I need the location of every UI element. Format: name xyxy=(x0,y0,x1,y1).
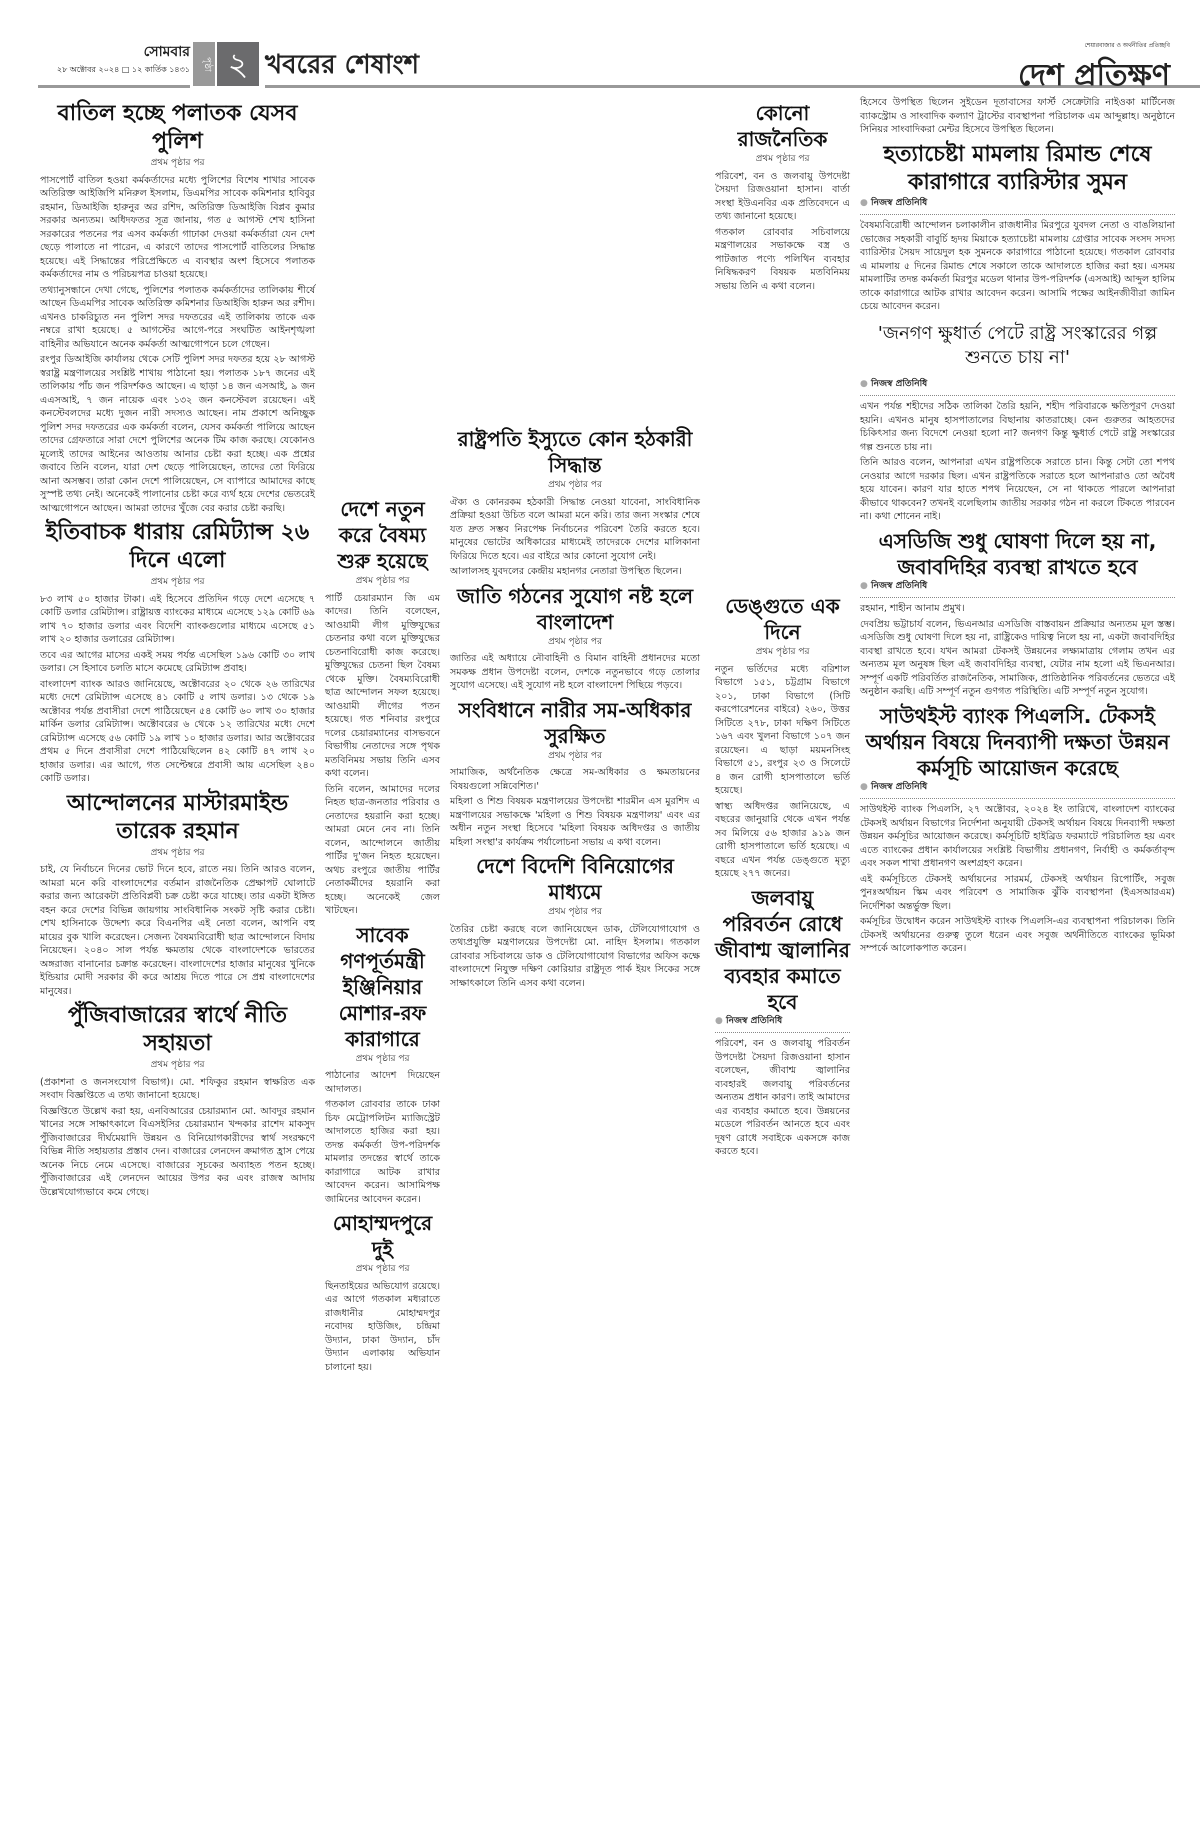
headline: বাতিল হচ্ছে পলাতক যেসব পুলিশ xyxy=(40,100,315,156)
headline: রাষ্ট্রপতি ইস্যুতে কোন হঠকারী সিদ্ধান্ত xyxy=(450,426,700,478)
paragraph: নতুন ভর্তিদের মধ্যে বরিশাল বিভাগে ১৫১, চ… xyxy=(715,663,850,798)
paragraph: স্বাস্থ্য অধিদপ্তর জানিয়েছে, এ বছরের জা… xyxy=(715,800,850,881)
paragraph: জাতির এই অধ্যায়ে নৌবাহিনী ও বিমান বাহিন… xyxy=(450,652,700,693)
article-mohammadpur: মোহাম্মদপুরে দুই প্রথম পৃষ্ঠার পর ছিনতাই… xyxy=(325,1210,440,1374)
paragraph: পাঠানোর আদেশ দিয়েছেন আদালত। xyxy=(325,1069,440,1096)
logo-text: দেশ প্রতিক্ষণ xyxy=(1018,51,1170,102)
paragraph: (প্রকাশনা ও জনসংযোগ বিভাগ)। মো. শফিকুর র… xyxy=(40,1076,315,1103)
headline: এসডিজি শুধু ঘোষণা দিলে হয় না, জবাবদিহির… xyxy=(860,528,1175,580)
continued-label: প্রথম পৃষ্ঠার পর xyxy=(325,1263,440,1277)
paragraph: এই কর্মসূচিতে টেকসই অর্থায়নের সারমর্ম, … xyxy=(860,873,1175,914)
paragraph: ছিনতাইয়ের অভিযোগ রয়েছে। এর আগে গতকাল ম… xyxy=(325,1280,440,1375)
continued-label: প্রথম পৃষ্ঠার পর xyxy=(40,576,315,590)
article-women: সংবিধানে নারীর সম-অধিকার সুরক্ষিত প্রথম … xyxy=(450,697,700,850)
headline: দেশে নতুন করে বৈষম্য শুরু হয়েছে xyxy=(325,496,440,574)
continued-label: প্রথম পৃষ্ঠার পর xyxy=(450,479,700,493)
headline: আন্দোলনের মাস্টারমাইন্ড তারেক রহমান xyxy=(40,790,315,846)
headline: সংবিধানে নারীর সম-অধিকার সুরক্ষিত xyxy=(450,697,700,749)
headline: হত্যাচেষ্টা মামলায় রিমান্ড শেষে কারাগার… xyxy=(860,141,1175,197)
byline: নিজস্ব প্রতিনিধি xyxy=(860,781,1175,800)
newspaper-logo: শেয়ারবাজার ও অর্থনীতির প্রতিচ্ছবি দেশ প… xyxy=(1018,40,1170,102)
headline: কোনো রাজনৈতিক xyxy=(715,100,850,152)
headline: জলবায়ু পরিবর্তন রোধে জীবাশ্ম জ্বালানির … xyxy=(715,885,850,1015)
page-number: ২ xyxy=(217,42,259,86)
headline: সাবেক গণপূর্তমন্ত্রী ইঞ্জিনিয়ার মোশার-র… xyxy=(325,922,440,1052)
column-5: হিসেবে উপস্থিত ছিলেন সুইডেন দূতাবাসের ফা… xyxy=(860,96,1175,958)
logo-tagline: শেয়ারবাজার ও অর্থনীতির প্রতিচ্ছবি xyxy=(1018,40,1170,51)
date-block: সোমবার ২৮ অক্টোবর ২০২৪ □ ১২ কার্তিক ১৪৩১ xyxy=(40,40,190,77)
article-capital-market: পুঁজিবাজারের স্বার্থে নীতি সহায়তা প্রথম… xyxy=(40,1002,315,1199)
continued-label: প্রথম পৃষ্ঠার পর xyxy=(715,646,850,660)
paragraph: বৈষম্যবিরোধী আন্দোলন চলাকালীন রাজধানীর ম… xyxy=(860,219,1175,314)
article-political: কোনো রাজনৈতিক প্রথম পৃষ্ঠার পর পরিবেশ, ব… xyxy=(715,100,850,293)
continued-label: প্রথম পৃষ্ঠার পর xyxy=(450,750,700,764)
column-3: রাষ্ট্রপতি ইস্যুতে কোন হঠকারী সিদ্ধান্ত … xyxy=(450,96,700,992)
headline: পুঁজিবাজারের স্বার্থে নীতি সহায়তা xyxy=(40,1002,315,1058)
column-2: দেশে নতুন করে বৈষম্য শুরু হয়েছে প্রথম প… xyxy=(325,96,440,1376)
pull-quote-headline: 'জনগণ ক্ষুধার্ত পেটে রাষ্ট্র সংস্কারের গ… xyxy=(860,322,1175,370)
rule-divider xyxy=(38,85,190,88)
byline: নিজস্ব প্রতিনিধি xyxy=(860,580,1175,599)
paragraph: তৈরির চেষ্টা করছে বলে জানিয়েছেন ডাক, টে… xyxy=(450,923,700,991)
article-police: বাতিল হচ্ছে পলাতক যেসব পুলিশ প্রথম পৃষ্ঠ… xyxy=(40,100,315,515)
continued-label: প্রথম পৃষ্ঠার পর xyxy=(450,906,700,920)
paragraph: তথ্যানুসন্ধানে দেখা গেছে, পুলিশের পলাতক … xyxy=(40,284,315,352)
paragraph: ঐক্য ও কোনরকম হঠকারী সিদ্ধান্ত নেওয়া যা… xyxy=(450,496,700,564)
continued-label: প্রথম পৃষ্ঠার পর xyxy=(325,575,440,589)
article-suman: হিসেবে উপস্থিত ছিলেন সুইডেন দূতাবাসের ফা… xyxy=(860,96,1175,314)
article-engineer: সাবেক গণপূর্তমন্ত্রী ইঞ্জিনিয়ার মোশার-র… xyxy=(325,922,440,1207)
paragraph: রংপুর ডিআইজি কার্যালয় থেকে সেটি পুলিশ স… xyxy=(40,353,315,515)
paragraph: পরিবেশ, বন ও জলবায়ু পরিবর্তন উপদেষ্টা স… xyxy=(715,1037,850,1159)
article-president: রাষ্ট্রপতি ইস্যুতে কোন হঠকারী সিদ্ধান্ত … xyxy=(450,426,700,563)
headline: জাতি গঠনের সুযোগ নষ্ট হলে বাংলাদেশ xyxy=(450,583,700,635)
paragraph: মহিলা ও শিশু বিষয়ক মন্ত্রণালয়ের উপদেষ্… xyxy=(450,795,700,849)
paragraph: হিসেবে উপস্থিত ছিলেন সুইডেন দূতাবাসের ফা… xyxy=(860,96,1175,137)
column-4: কোনো রাজনৈতিক প্রথম পৃষ্ঠার পর পরিবেশ, ব… xyxy=(715,96,850,1161)
masthead: সোমবার ২৮ অক্টোবর ২০২৪ □ ১২ কার্তিক ১৪৩১… xyxy=(0,0,1200,88)
article-tarique: আন্দোলনের মাস্টারমাইন্ড তারেক রহমান প্রথ… xyxy=(40,790,315,999)
paragraph: এখন পর্যন্ত শহীদের সঠিক তালিকা তৈরি হয়ন… xyxy=(860,400,1175,454)
paragraph: সামাজিক, অর্থনৈতিক ক্ষেত্রে সম-অধিকার ও … xyxy=(450,766,700,793)
continued-label: প্রথম পৃষ্ঠার পর xyxy=(325,1053,440,1067)
section-title: খবরের শেষাংশ xyxy=(265,44,419,88)
continued-label: প্রথম পৃষ্ঠার পর xyxy=(40,157,315,171)
paragraph: বিজ্ঞপ্তিতে উল্লেখ করা হয়, এনবিআরের চেয… xyxy=(40,1105,315,1200)
headline: ইতিবাচক ধারায় রেমিট্যান্স ২৬ দিনে এলো xyxy=(40,519,315,575)
continued-label: প্রথম পৃষ্ঠার পর xyxy=(450,636,700,650)
article-investment: দেশে বিদেশি বিনিয়োগের মাধ্যমে প্রথম পৃষ… xyxy=(450,853,700,990)
article-dengue: ডেঙ্গুতে এক দিনে প্রথম পৃষ্ঠার পর নতুন ভ… xyxy=(715,593,850,881)
article-climate: জলবায়ু পরিবর্তন রোধে জীবাশ্ম জ্বালানির … xyxy=(715,885,850,1159)
article-nation: আলালসহ যুবদলের কেন্দ্রীয় মহানগর নেতারা … xyxy=(450,565,700,693)
paragraph: গতকাল রোববার সচিবালয়ে মন্ত্রণালয়ের সভা… xyxy=(715,226,850,294)
paragraph: গতকাল রোববার তাকে ঢাকা চিফ মেট্রোপলিটন ম… xyxy=(325,1098,440,1206)
date-text: ২৮ অক্টোবর ২০২৪ □ ১২ কার্তিক ১৪৩১ xyxy=(40,64,190,77)
paragraph: রহমান, শাহীন আনাম প্রমুখ। xyxy=(860,602,1175,616)
paragraph: পাসপোর্ট বাতিল হওয়া কর্মকর্তাদের মধ্যে … xyxy=(40,174,315,282)
headline: সাউথইস্ট ব্যাংক পিএলসি. টেকসই অর্থায়ন ব… xyxy=(860,703,1175,781)
paragraph: কর্মসূচির উদ্বোধন করেন সাউথইস্ট ব্যাংক প… xyxy=(860,915,1175,956)
continued-label: প্রথম পৃষ্ঠার পর xyxy=(715,153,850,167)
headline: ডেঙ্গুতে এক দিনে xyxy=(715,593,850,645)
continued-label: প্রথম পৃষ্ঠার পর xyxy=(40,1059,315,1073)
headline: মোহাম্মদপুরে দুই xyxy=(325,1210,440,1262)
paragraph: সাউথইস্ট ব্যাংক পিএলসি, ২৭ অক্টোবর, ২০২৪… xyxy=(860,803,1175,871)
byline: নিজস্ব প্রতিনিধি xyxy=(860,378,1175,397)
byline: নিজস্ব প্রতিনিধি xyxy=(860,197,1175,216)
article-discrimination: দেশে নতুন করে বৈষম্য শুরু হয়েছে প্রথম প… xyxy=(325,496,440,918)
paragraph: পার্টি চেয়ারম্যান জি এম কাদের। তিনি বলে… xyxy=(325,592,440,781)
paragraph: দেবপ্রিয় ভট্টাচার্য বলেন, ভিএনআর এসডিজি… xyxy=(860,618,1175,699)
article-hungry: 'জনগণ ক্ষুধার্ত পেটে রাষ্ট্র সংস্কারের গ… xyxy=(860,322,1175,524)
page-label: পৃষ্ঠা xyxy=(193,42,215,86)
paragraph: তিনি আরও বলেন, আপনারা এখন রাষ্ট্রপতিকে স… xyxy=(860,456,1175,524)
byline: নিজস্ব প্রতিনিধি xyxy=(715,1015,850,1034)
weekday: সোমবার xyxy=(40,40,190,64)
headline: দেশে বিদেশি বিনিয়োগের মাধ্যমে xyxy=(450,853,700,905)
paragraph: পরিবেশ, বন ও জলবায়ু উপদেষ্টা সৈয়দা রিজ… xyxy=(715,170,850,224)
paragraph: আলালসহ যুবদলের কেন্দ্রীয় মহানগর নেতারা … xyxy=(450,565,700,579)
article-remittance: ইতিবাচক ধারায় রেমিট্যান্স ২৬ দিনে এলো প… xyxy=(40,519,315,786)
paragraph: ৮৩ লাখ ৫০ হাজার টাকা। এই হিসেবে প্রতিদিন… xyxy=(40,593,315,647)
column-1: বাতিল হচ্ছে পলাতক যেসব পুলিশ প্রথম পৃষ্ঠ… xyxy=(40,96,315,1201)
paragraph: তিনি বলেন, আমাদের দলের নিহত ছাত্র-জনতার … xyxy=(325,783,440,918)
paragraph: চাই, যে নির্বাচনে দিনের ভোট দিনে হবে, রা… xyxy=(40,863,315,998)
continued-label: প্রথম পৃষ্ঠার পর xyxy=(40,847,315,861)
paragraph: বাংলাদেশ ব্যাংক আরও জানিয়েছে, অক্টোবরের… xyxy=(40,678,315,786)
paragraph: তবে এর আগের মাসের একই সময় পর্যন্ত এসেছি… xyxy=(40,649,315,676)
article-southeast-bank: সাউথইস্ট ব্যাংক পিএলসি. টেকসই অর্থায়ন ব… xyxy=(860,703,1175,956)
article-sdg: এসডিজি শুধু ঘোষণা দিলে হয় না, জবাবদিহির… xyxy=(860,528,1175,699)
